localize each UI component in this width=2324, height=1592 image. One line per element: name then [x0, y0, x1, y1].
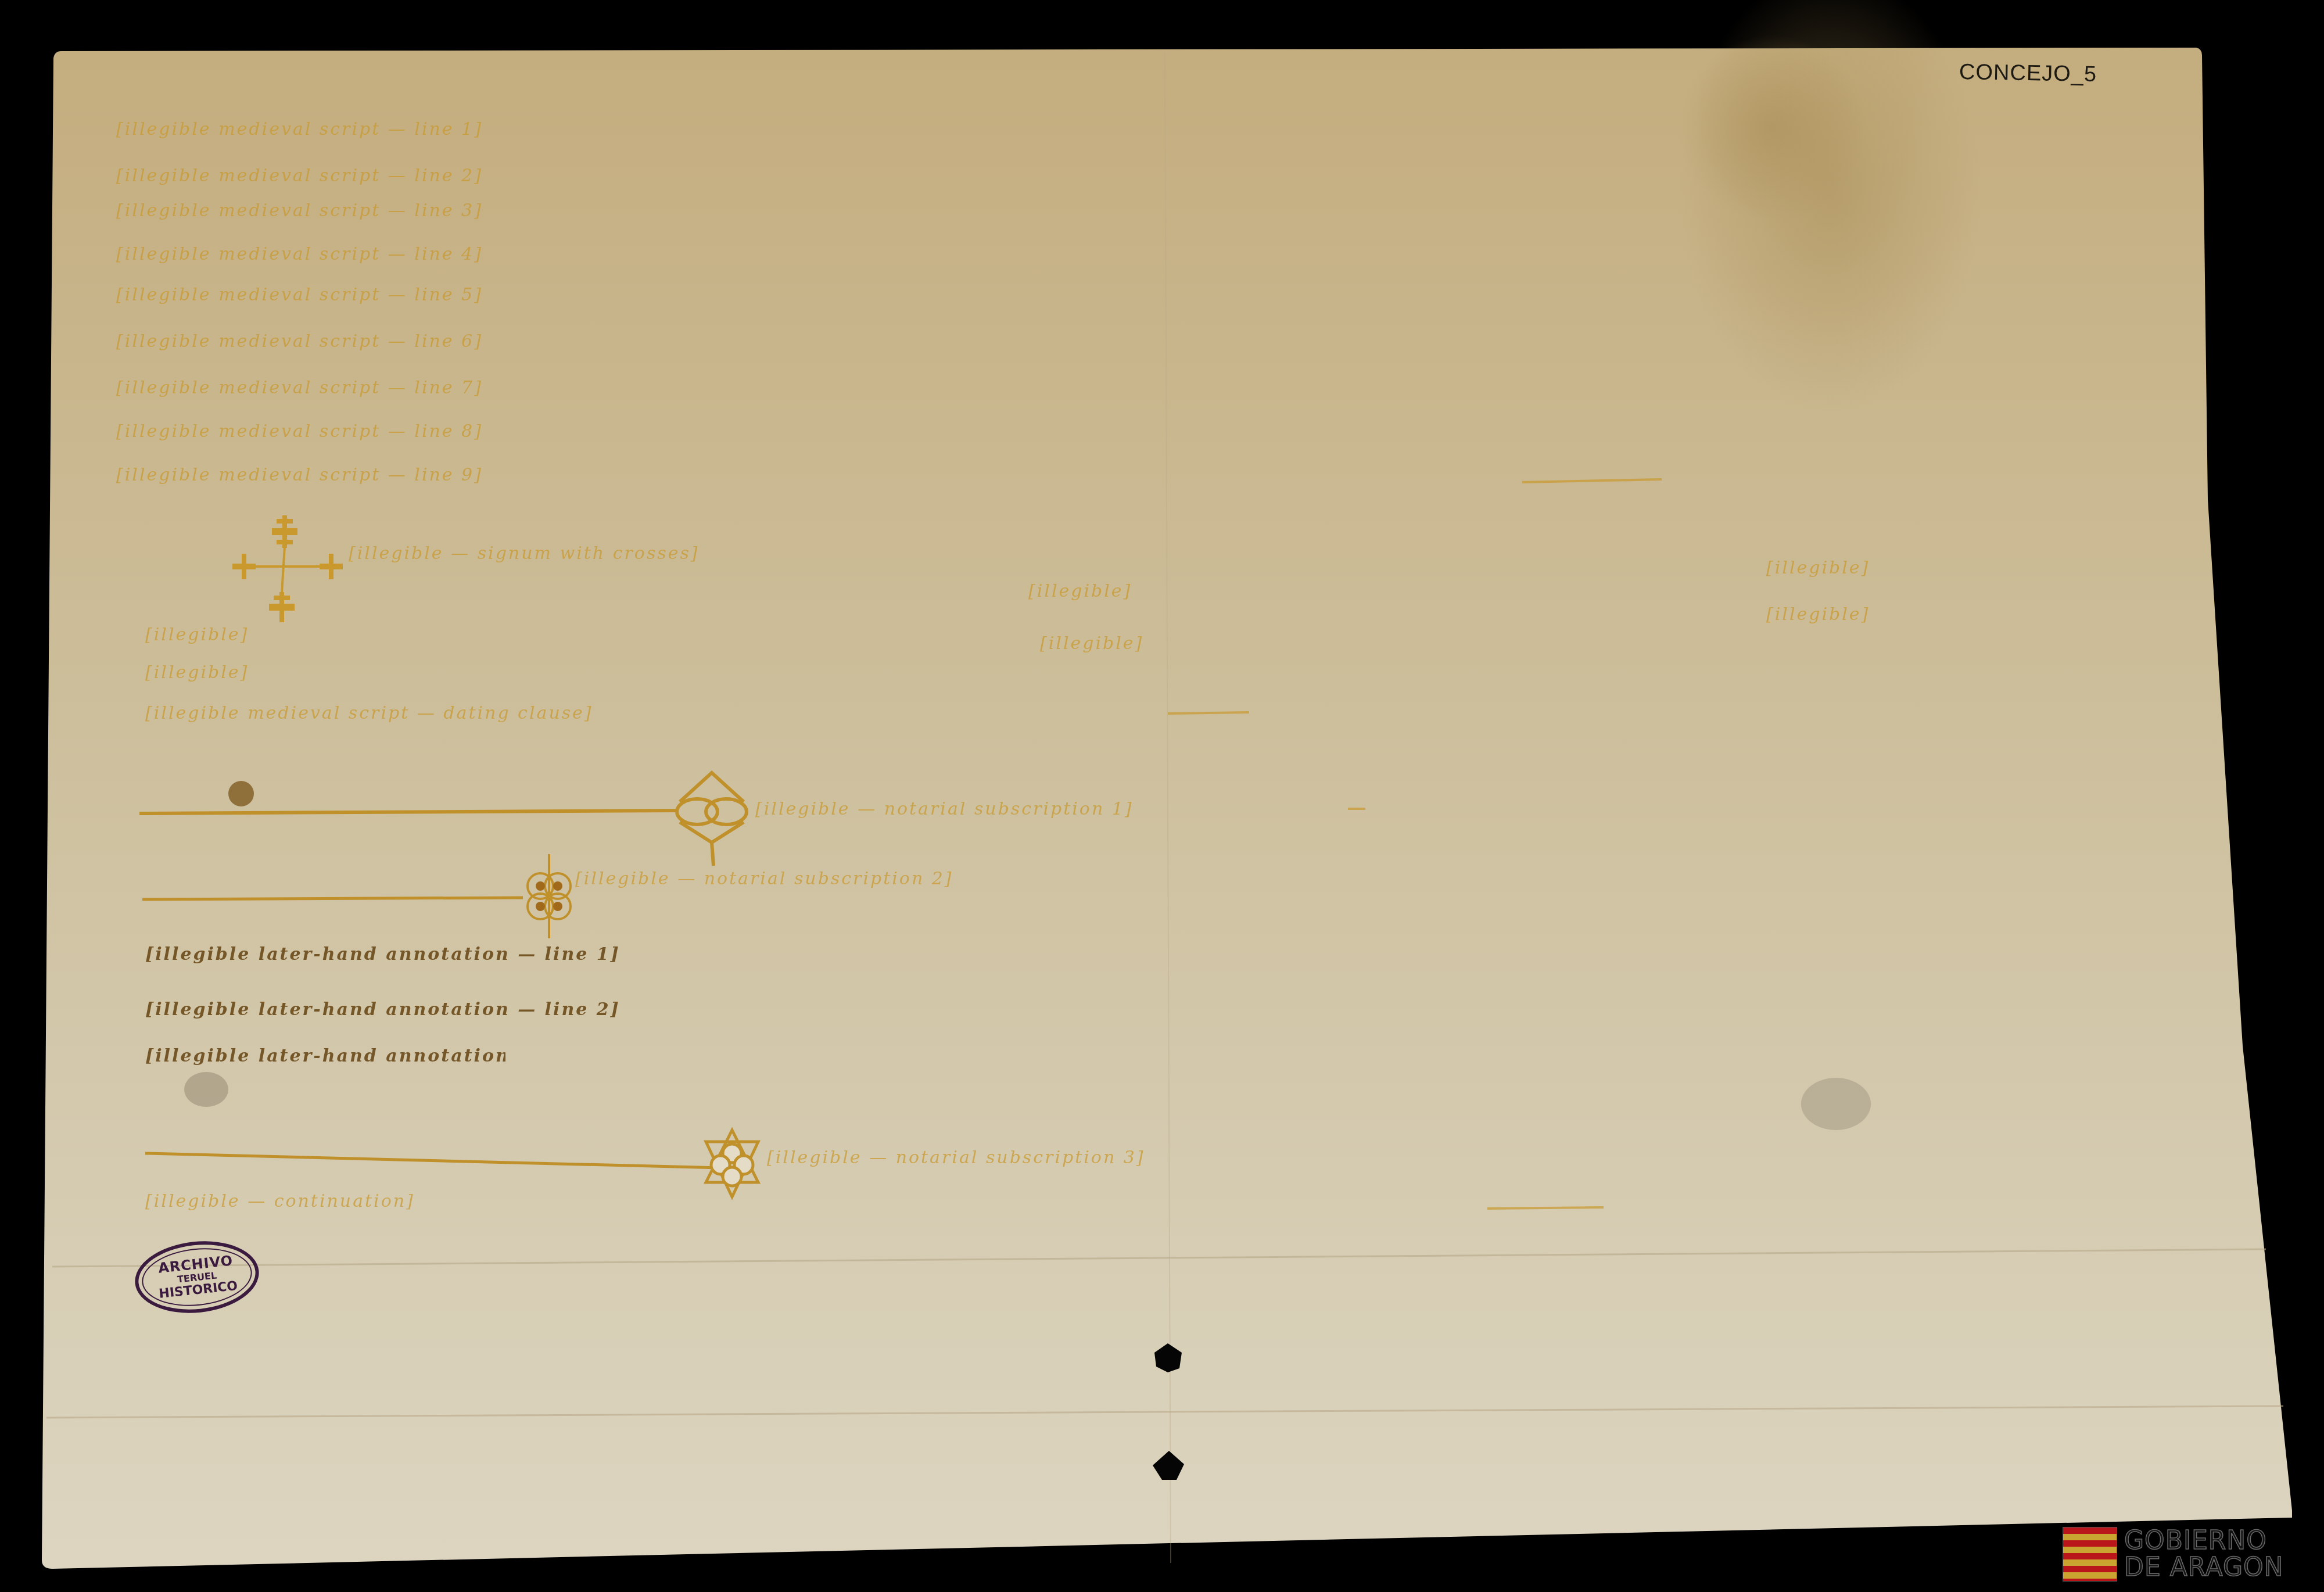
parchment-document: CONCEJO_5 [illegible medieval script — l…	[0, 0, 2324, 1592]
later-annotation-line: [illegible later-hand annotation — line …	[145, 944, 2144, 964]
parchment-sheet	[0, 0, 2324, 1592]
body-text-line: [illegible medieval script — line 7]	[116, 378, 2138, 397]
witness-middle: [illegible]	[1040, 633, 1226, 653]
notary-subscription: [illegible — notarial subscription 1]	[755, 799, 1348, 819]
body-text-line: [illegible medieval script — line 8]	[116, 421, 2132, 441]
logo-line-1: GOBIERNO	[2124, 1528, 2284, 1554]
shelfmark-label: CONCEJO_5	[1959, 60, 2097, 87]
dating-clause: [illegible medieval script — dating clau…	[145, 703, 1168, 723]
line-filler	[1168, 712, 1249, 713]
body-text-line: [illegible medieval script — line 4]	[116, 244, 2138, 264]
witness-middle: [illegible]	[1028, 581, 1226, 601]
stain-spot	[1801, 1078, 1871, 1130]
body-text-line: [illegible medieval script — line 3]	[116, 200, 2132, 220]
stamp-line-teruel: TERUEL	[177, 1270, 217, 1285]
witness-left: [illegible]	[145, 662, 320, 682]
logo-line-2: DE ARAGON	[2124, 1554, 2284, 1581]
aragon-flag-icon	[2063, 1527, 2117, 1582]
witness-right: [illegible]	[1766, 558, 2010, 578]
body-text-line: [illegible medieval script — line 6]	[116, 331, 2138, 351]
body-text-line: [illegible medieval script — line 9]	[116, 465, 1511, 485]
stamp-line-archivo: ARCHIVO	[157, 1253, 234, 1275]
later-annotation-line: [illegible later-hand annotation — line …	[145, 999, 2144, 1019]
notary-subscription: [illegible — continuation]	[145, 1191, 1575, 1211]
notary-subscription: [illegible — notarial subscription 3]	[767, 1148, 2208, 1167]
gobierno-de-aragon-logo: GOBIERNO DE ARAGON	[2063, 1527, 2284, 1582]
signum-line: [illegible — signum with crosses]	[349, 543, 1278, 563]
body-text-line: [illegible medieval script — line 5]	[116, 285, 2138, 304]
witness-right: [illegible]	[1766, 604, 1952, 624]
witness-left: [illegible]	[145, 625, 285, 644]
logo-text: GOBIERNO DE ARAGON	[2124, 1528, 2284, 1581]
stamp-line-historico: HISTORICO	[158, 1279, 238, 1301]
notary-subscription: [illegible — notarial subscription 2]	[575, 869, 1272, 888]
body-text-line: [illegible medieval script — line 2]	[116, 166, 2132, 185]
ink-blot	[228, 781, 254, 806]
body-text-line: [illegible medieval script — line 1]	[116, 119, 2138, 139]
stain-spot	[184, 1072, 228, 1107]
later-annotation-line: [illegible later-hand annotation — line …	[145, 1046, 505, 1066]
